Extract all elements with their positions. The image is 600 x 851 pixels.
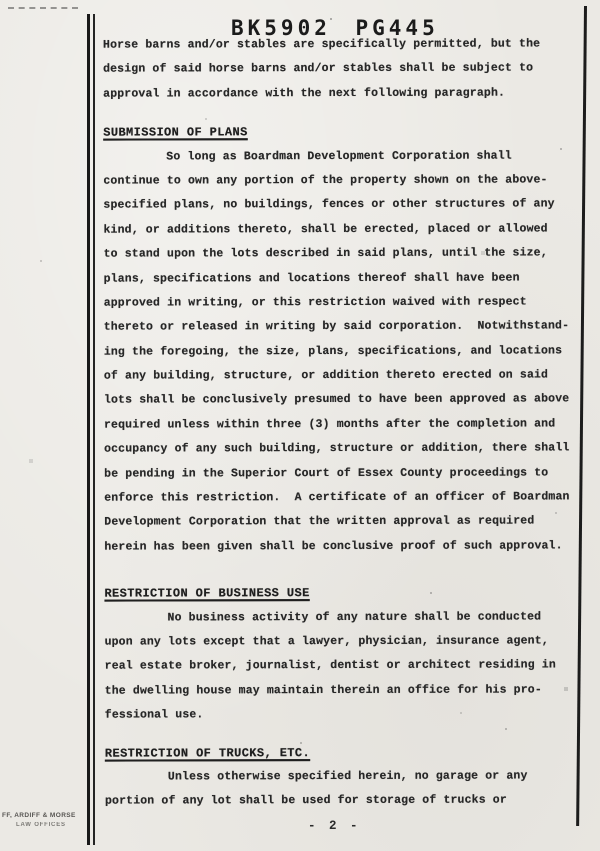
law-office-subtitle: LAW OFFICES — [2, 822, 86, 828]
text-line: be pending in the Superior Court of Esse… — [104, 461, 574, 487]
text-line: Horse barns and/or stables are specifica… — [103, 32, 573, 58]
section-paragraph: Unless otherwise specified herein, no ga… — [105, 764, 575, 814]
text-line: Development Corporation that the written… — [104, 510, 574, 536]
section-restriction-of-business-use: RESTRICTION OF BUSINESS USE No business … — [104, 581, 574, 729]
text-line: of any building, structure, or addition … — [104, 363, 574, 389]
section-heading: SUBMISSION OF PLANS — [103, 120, 573, 146]
section-paragraph: So long as Boardman Development Corporat… — [103, 144, 574, 560]
section-paragraph: No business activity of any nature shall… — [104, 605, 574, 728]
text-line: plans, specifications and locations ther… — [104, 266, 574, 292]
scan-noise — [0, 0, 2, 2]
text-line: herein has been given shall be conclusiv… — [104, 534, 574, 560]
text-line: specified plans, no buildings, fences or… — [103, 193, 573, 219]
text-line: thereto or released in writing by said c… — [104, 315, 574, 341]
text-line: occupancy of any such building, structur… — [104, 437, 574, 463]
text-line: ing the foregoing, the size, plans, spec… — [104, 339, 574, 365]
law-office-name: FF, ARDIFF & MORSE — [2, 812, 86, 819]
section-submission-of-plans: SUBMISSION OF PLANS So long as Boardman … — [103, 120, 574, 560]
text-line: fessional use. — [105, 703, 575, 729]
text-line: kind, or additions thereto, shall be ere… — [103, 217, 573, 243]
text-column: Horse barns and/or stables are specifica… — [103, 32, 575, 814]
text-line: the dwelling house may maintain therein … — [105, 678, 575, 704]
text-line: upon any lots except that a lawyer, phys… — [105, 629, 575, 655]
text-line: approved in writing, or this restriction… — [104, 290, 574, 316]
text-line: to stand upon the lots described in said… — [104, 242, 574, 268]
intro-paragraph: Horse barns and/or stables are specifica… — [103, 32, 573, 106]
scanned-document-page: BK5902 PG445 Horse barns and/or stables … — [0, 0, 600, 851]
text-line: approval in accordance with the next fol… — [103, 81, 573, 107]
page-number: - 2 - — [308, 819, 361, 833]
text-line: real estate broker, journalist, dentist … — [105, 654, 575, 680]
text-line: lots shall be conclusively presumed to h… — [104, 388, 574, 414]
section-restriction-of-trucks: RESTRICTION OF TRUCKS, ETC. Unless other… — [105, 740, 575, 814]
law-office-stamp: FF, ARDIFF & MORSE LAW OFFICES — [2, 812, 86, 828]
text-line: design of said horse barns and/or stable… — [103, 57, 573, 83]
corner-scan-mark — [8, 7, 78, 9]
left-margin-line — [87, 14, 95, 845]
text-line: required unless within three (3) months … — [104, 412, 574, 438]
text-line: So long as Boardman Development Corporat… — [103, 144, 573, 170]
right-margin-line — [576, 6, 586, 826]
text-line: continue to own any portion of the prope… — [103, 168, 573, 194]
section-heading: RESTRICTION OF TRUCKS, ETC. — [105, 740, 575, 766]
text-line: enforce this restriction. A certificate … — [104, 485, 574, 511]
section-heading: RESTRICTION OF BUSINESS USE — [104, 581, 574, 607]
text-line: Unless otherwise specified herein, no ga… — [105, 764, 575, 790]
text-line: No business activity of any nature shall… — [104, 605, 574, 631]
text-line: portion of any lot shall be used for sto… — [105, 789, 575, 815]
